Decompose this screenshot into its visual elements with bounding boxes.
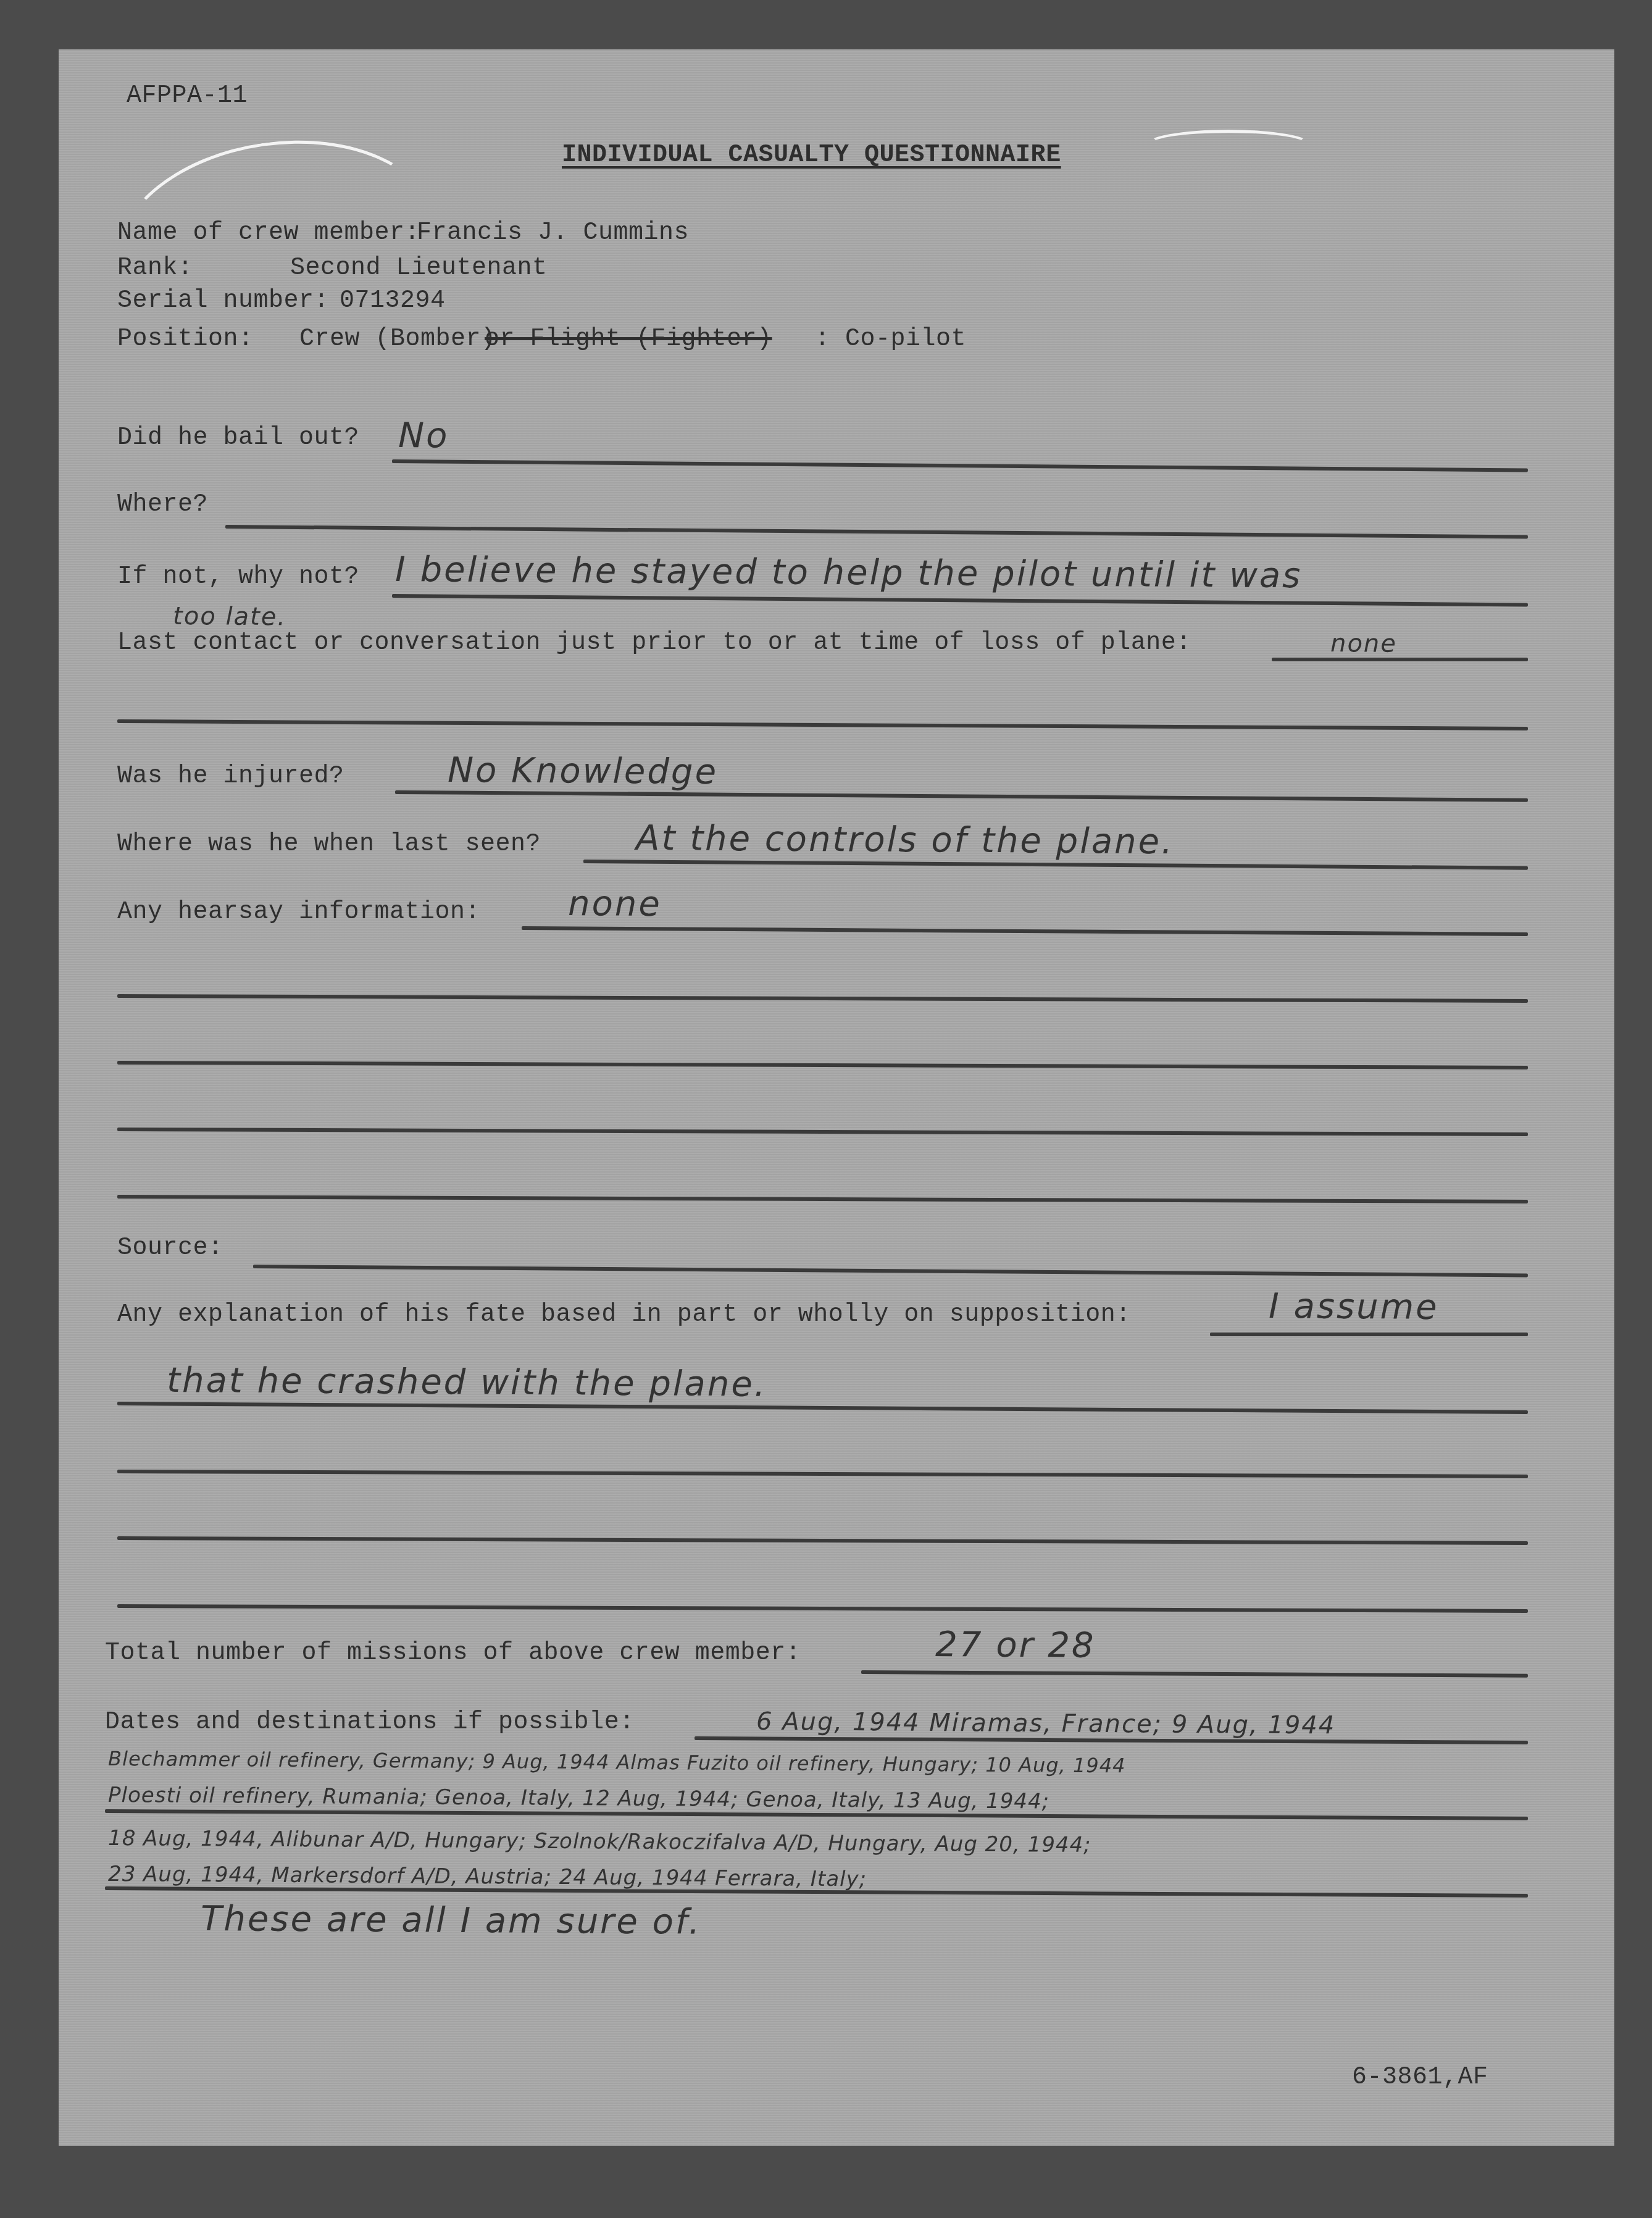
serial-label: Serial number: xyxy=(117,289,329,314)
last-contact-line-2 xyxy=(117,719,1528,730)
injured-line xyxy=(395,790,1528,802)
rank-value: Second Lieutenant xyxy=(290,256,548,281)
explanation-line-4 xyxy=(117,1536,1528,1545)
why-not-answer-continued: too late. xyxy=(173,604,286,629)
hearsay-answer: none xyxy=(568,887,662,922)
missions-label: Total number of missions of above crew m… xyxy=(105,1641,801,1666)
injured-answer: No Knowledge xyxy=(448,753,718,790)
hearsay-line-2 xyxy=(117,994,1528,1003)
dates-line-5: 23 Aug, 1944, Markersdorf A/D, Austria; … xyxy=(108,1864,867,1890)
position-label: Position: xyxy=(117,327,254,352)
last-seen-answer: At the controls of the plane. xyxy=(636,821,1174,860)
name-label: Name of crew member: xyxy=(117,221,420,246)
explanation-line-2 xyxy=(117,1402,1528,1414)
film-scratch xyxy=(1145,130,1312,161)
why-not-answer: I believe he stayed to help the pilot un… xyxy=(395,553,1303,593)
where-line xyxy=(225,525,1528,539)
last-contact-answer: none xyxy=(1330,631,1397,656)
dates-line-4: 18 Aug, 1944, Alibunar A/D, Hungary; Szo… xyxy=(108,1828,1091,1856)
dates-closing-note: These are all I am sure of. xyxy=(201,1902,702,1940)
questionnaire-page: AFPPA-11 INDIVIDUAL CASUALTY QUESTIONNAI… xyxy=(59,49,1614,2146)
name-value: Francis J. Cummins xyxy=(417,221,689,246)
explanation-answer-continued: that he crashed with the plane. xyxy=(167,1363,767,1402)
dates-line-2: Blechammer oil refinery, Germany; 9 Aug,… xyxy=(108,1749,1126,1776)
source-line xyxy=(253,1265,1528,1277)
hearsay-line-4 xyxy=(117,1128,1528,1136)
explanation-line-5 xyxy=(117,1604,1528,1613)
dates-line-3: Ploesti oil refinery, Rumania; Genoa, It… xyxy=(108,1785,1049,1812)
hearsay-line xyxy=(522,926,1528,936)
last-contact-label: Last contact or conversation just prior … xyxy=(117,631,1191,656)
last-seen-label: Where was he when last seen? xyxy=(117,832,541,857)
injured-label: Was he injured? xyxy=(117,764,344,789)
position-prefix: Crew (Bomber) xyxy=(299,327,496,352)
dates-line-1: 6 Aug, 1944 Miramas, France; 9 Aug, 1944 xyxy=(756,1709,1335,1738)
missions-line xyxy=(861,1670,1528,1678)
explanation-label: Any explanation of his fate based in par… xyxy=(117,1303,1131,1328)
form-title: INDIVIDUAL CASUALTY QUESTIONNAIRE xyxy=(562,143,1061,168)
hearsay-line-3 xyxy=(117,1061,1528,1069)
source-label: Source: xyxy=(117,1236,223,1261)
bail-out-label: Did he bail out? xyxy=(117,426,359,451)
hearsay-label: Any hearsay information: xyxy=(117,900,480,925)
hearsay-line-5 xyxy=(117,1195,1528,1203)
rank-label: Rank: xyxy=(117,256,193,281)
explanation-line-3 xyxy=(117,1470,1528,1478)
bail-out-line xyxy=(392,459,1528,472)
why-not-line xyxy=(392,594,1528,606)
where-label: Where? xyxy=(117,493,208,517)
footer-code: 6-3861,AF xyxy=(1352,2065,1488,2090)
last-contact-line xyxy=(1272,658,1528,661)
missions-answer: 27 or 28 xyxy=(935,1628,1096,1663)
dates-label: Dates and destinations if possible: xyxy=(105,1710,635,1735)
form-id: AFPPA-11 xyxy=(127,84,248,109)
position-value: : Co-pilot xyxy=(815,327,966,352)
bail-out-answer: No xyxy=(398,419,449,454)
why-not-label: If not, why not? xyxy=(117,565,359,590)
serial-value: 0713294 xyxy=(340,289,446,314)
explanation-answer: I assume xyxy=(1269,1289,1439,1325)
position-struck: or Flight (Fighter) xyxy=(485,327,772,352)
explanation-line xyxy=(1210,1333,1528,1336)
